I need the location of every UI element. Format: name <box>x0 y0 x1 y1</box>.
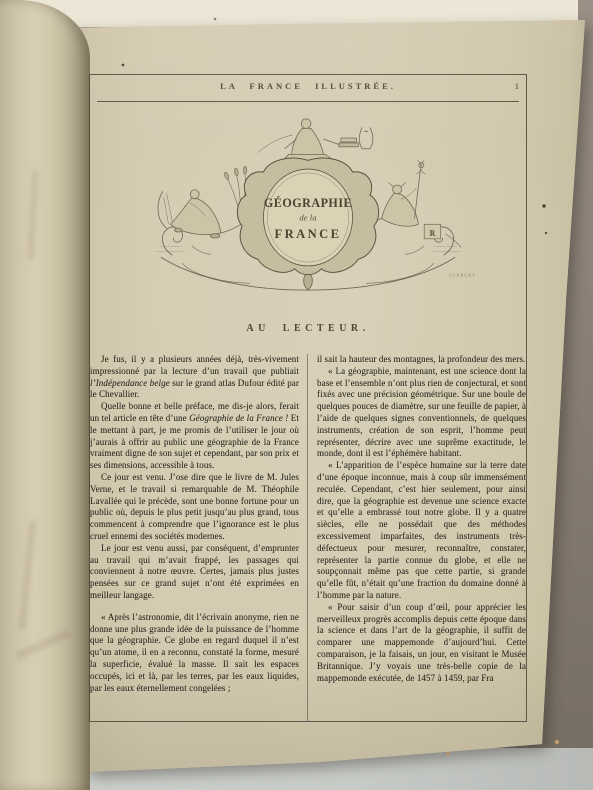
page-number: 1 <box>515 81 519 91</box>
paragraph: « Après l’astronomie, dit l’écrivain ano… <box>90 612 299 695</box>
engraving-title-line1: GÉOGRAPHIE <box>264 196 352 210</box>
engraving-cartouche: GÉOGRAPHIE de la FRANCE <box>237 158 378 275</box>
engraving-svg: R GÉOGRAPHIE de la FRANCE CLERGET <box>132 110 484 294</box>
paragraph: Quelle bonne et belle préface, me dis-je… <box>90 401 299 472</box>
header-rule <box>97 101 519 102</box>
left-page-curl <box>0 0 90 790</box>
paragraph: Le jour est venu aussi, par conséquent, … <box>90 543 299 602</box>
paragraph: Je fus, il y a plusieurs années déjà, tr… <box>90 354 299 401</box>
engraving-title-line3: FRANCE <box>275 227 342 241</box>
paragraph: Ce jour est venu. J’ose dire que le livr… <box>90 472 299 543</box>
text-columns: Je fus, il y a plusieurs années déjà, tr… <box>90 354 526 721</box>
engraving-illustration: R GÉOGRAPHIE de la FRANCE CLERGET <box>90 110 526 299</box>
foxing-specks <box>0 0 2 2</box>
left-column: Je fus, il y a plusieurs années déjà, tr… <box>90 354 308 721</box>
paragraph: « L’apparition de l’espèce humaine sur l… <box>317 460 526 602</box>
engraving-crate-letter: R <box>430 228 436 237</box>
page-content: LA FRANCE ILLUSTRÉE. 1 <box>89 74 527 722</box>
engraving-left-figure <box>158 190 248 238</box>
page-showthrough-mark <box>28 170 39 260</box>
engraving-title-line2: de la <box>299 212 317 222</box>
page-header: LA FRANCE ILLUSTRÉE. 1 <box>90 75 526 97</box>
book-photograph: LA FRANCE ILLUSTRÉE. 1 <box>0 0 593 790</box>
page-showthrough-mark <box>18 520 36 630</box>
right-column: il sait la hauteur des montagnes, la pro… <box>308 354 526 721</box>
running-title: LA FRANCE ILLUSTRÉE. <box>90 81 526 91</box>
section-title: AU LECTEUR. <box>90 323 526 334</box>
page-showthrough-mark <box>15 629 72 661</box>
paragraph: il sait la hauteur des montagnes, la pro… <box>317 354 526 366</box>
paragraph: « Pour saisir d’un coup d’œil, pour appr… <box>317 602 526 685</box>
paragraph: « La géographie, maintenant, est une sci… <box>317 366 526 460</box>
engraving-signature: CLERGET <box>449 273 475 278</box>
